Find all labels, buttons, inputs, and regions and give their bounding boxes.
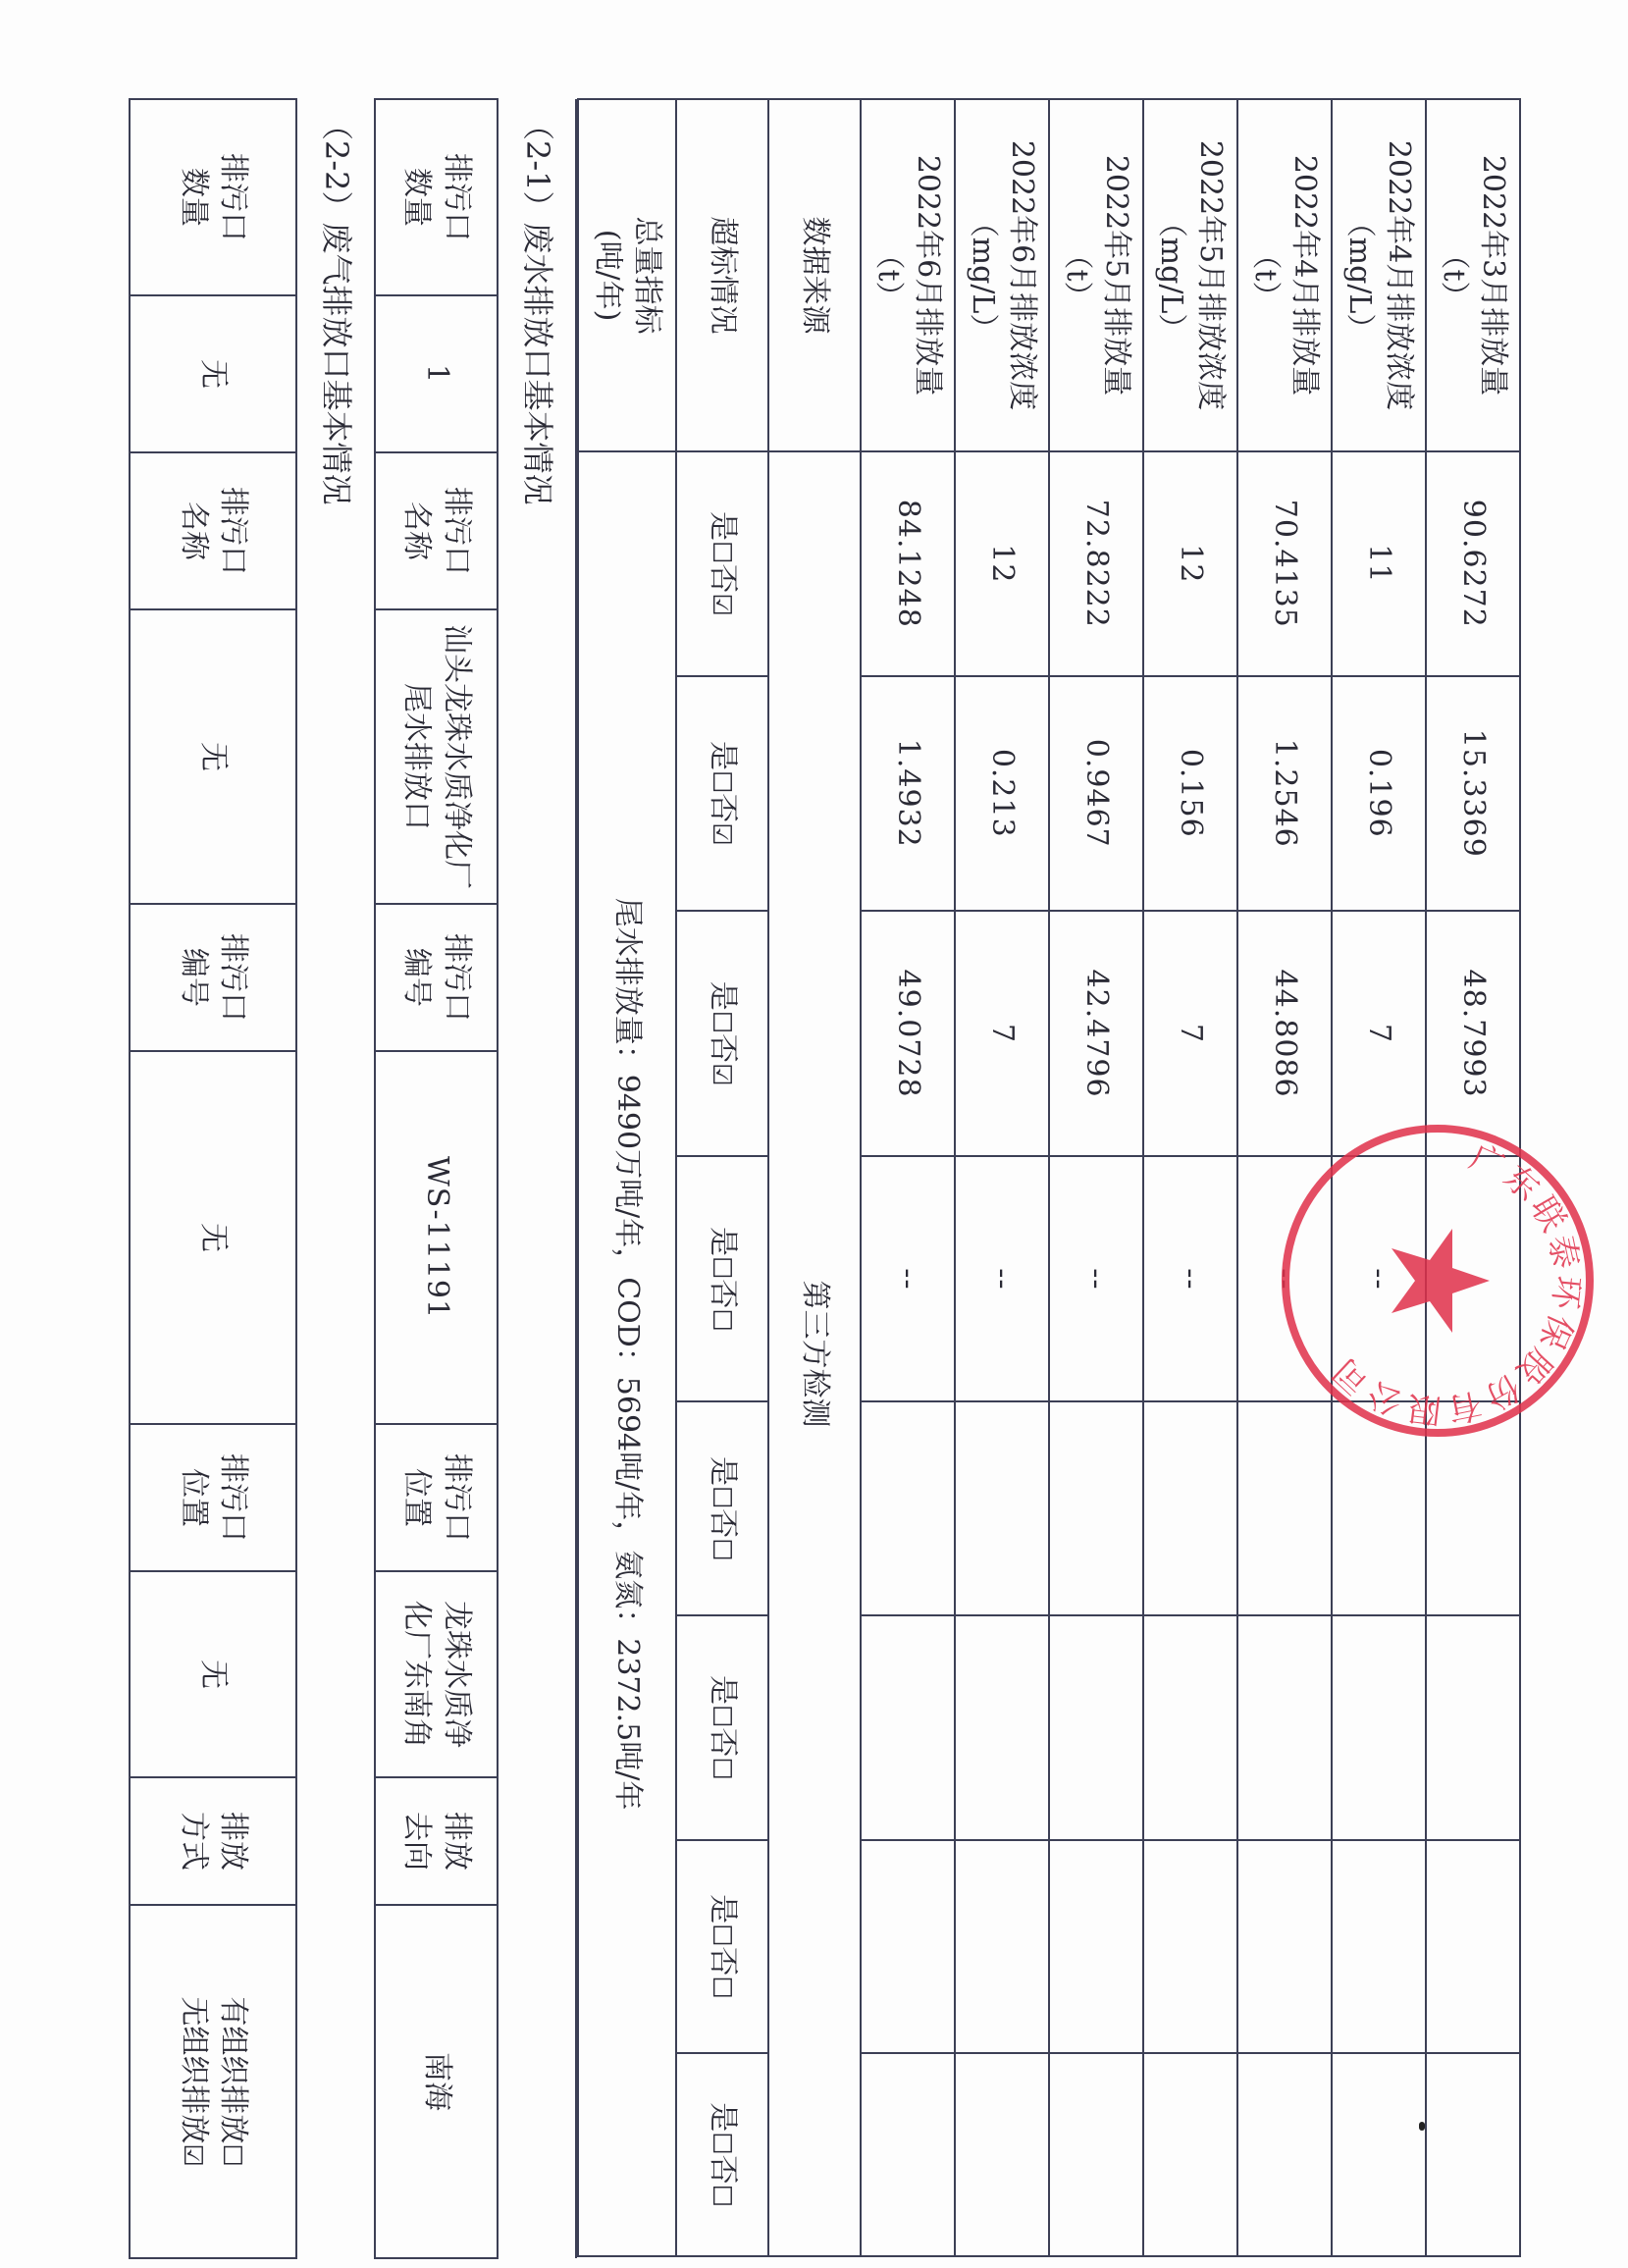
- value-cell: [1426, 1401, 1520, 1615]
- value-cell: --: [955, 1156, 1049, 1401]
- row-label: 2022年5月排放浓度 （mg/L）: [1143, 99, 1237, 451]
- value-cell: [1426, 1615, 1520, 1840]
- value-cell: 1.4932: [861, 676, 955, 911]
- monthly-row: 2022年6月排放浓度 （mg/L）120.2137--: [955, 99, 1049, 2256]
- method-option: 无组织排放☑: [174, 1912, 214, 2251]
- ww-code-label: 排污口 编号: [375, 904, 498, 1051]
- document-sheet: 2022年3月排放量 （t）90.627215.336948.79932022年…: [59, 98, 1521, 2257]
- value-cell: 90.6272: [1426, 451, 1520, 676]
- value-cell: 70.4135: [1237, 451, 1332, 676]
- ex-method-options: 有组织排放☐无组织排放☑: [130, 1905, 296, 2258]
- no-checkbox[interactable]: ☐: [707, 1538, 736, 1560]
- value-cell: [1143, 1401, 1237, 1615]
- ww-destination-label: 排放 去向: [375, 1777, 498, 1905]
- value-cell: 7: [1332, 911, 1426, 1156]
- ex-count-label: 排污口 数量: [130, 99, 296, 295]
- no-label: 否: [706, 1279, 740, 1308]
- yes-checkbox[interactable]: ☐: [707, 770, 736, 793]
- ex-code-label: 排污口 编号: [130, 904, 296, 1051]
- value-cell: 72.8222: [1049, 451, 1143, 676]
- value-cell: [1143, 1615, 1237, 1840]
- no-label: 否: [706, 563, 740, 593]
- ww-count-label: 排污口 数量: [375, 99, 498, 295]
- row-label: 2022年4月排放浓度 （mg/L）: [1332, 99, 1426, 451]
- emission-table: 2022年3月排放量 （t）90.627215.336948.79932022年…: [577, 98, 1521, 2257]
- exceedance-choice: 是☐否☐: [676, 1615, 768, 1840]
- value-cell: 7: [955, 911, 1049, 1156]
- value-cell: [1332, 1840, 1426, 2054]
- ww-name-label: 排污口 名称: [375, 452, 498, 609]
- no-label: 否: [706, 1508, 740, 1538]
- ww-location-value: 龙珠水质净 化厂东南角: [375, 1571, 498, 1777]
- yes-label: 是: [706, 511, 740, 541]
- no-checkbox[interactable]: ☑: [707, 1063, 736, 1085]
- value-cell: --: [1237, 1156, 1332, 1401]
- value-cell: 0.156: [1143, 676, 1237, 911]
- value-cell: 0.9467: [1049, 676, 1143, 911]
- value-cell: [861, 2053, 955, 2256]
- value-cell: 48.7993: [1426, 911, 1520, 1156]
- value-cell: --: [861, 1156, 955, 1401]
- row-label: 2022年6月排放量 （t）: [861, 99, 955, 451]
- yes-label: 是: [706, 1894, 740, 1924]
- yes-label: 是: [706, 1227, 740, 1256]
- value-cell: 0.213: [955, 676, 1049, 911]
- exceedance-choice: 是☐否☐: [676, 1156, 768, 1401]
- value-cell: --: [1049, 1156, 1143, 1401]
- no-label: 否: [706, 1946, 740, 1976]
- value-cell: [1049, 1615, 1143, 1840]
- exhaust-outlet-row: 排污口 数量 无 排污口 名称 无 排污口 编号 无 排污口 位置 无 排放 方…: [130, 99, 296, 2258]
- value-cell: --: [1143, 1156, 1237, 1401]
- value-cell: [1049, 2053, 1143, 2256]
- yes-checkbox[interactable]: ☐: [707, 1924, 736, 1946]
- ww-location-label: 排污口 位置: [375, 1424, 498, 1571]
- monthly-row: 2022年4月排放量 （t）70.41351.254644.8086--: [1237, 99, 1332, 2256]
- no-label: 否: [706, 2155, 740, 2185]
- ex-method-label: 排放 方式: [130, 1777, 296, 1905]
- value-cell: [1332, 1615, 1426, 1840]
- data-source-value: 第三方检测: [768, 451, 861, 2256]
- value-cell: 84.1248: [861, 451, 955, 676]
- value-cell: 42.4796: [1049, 911, 1143, 1156]
- exhaust-section-title: （2-2）废气排放口基本情况: [296, 99, 375, 2258]
- yes-label: 是: [706, 741, 740, 770]
- no-checkbox[interactable]: ☐: [707, 1757, 736, 1779]
- row-label: 2022年6月排放浓度 （mg/L）: [955, 99, 1049, 451]
- value-cell: 0.196: [1332, 676, 1426, 911]
- value-cell: 11: [1332, 451, 1426, 676]
- row-label: 2022年4月排放量 （t）: [1237, 99, 1332, 451]
- no-label: 否: [706, 793, 740, 822]
- value-cell: [1426, 2053, 1520, 2256]
- no-label: 否: [706, 1033, 740, 1063]
- value-cell: [861, 1615, 955, 1840]
- method-option-label: 无组织排放: [177, 1996, 211, 2143]
- wastewater-outlet-row: 排污口 数量 1 排污口 名称 汕头龙珠水质净化厂 尾水排放口 排污口 编号 W…: [375, 99, 498, 2258]
- no-checkbox[interactable]: ☐: [707, 1976, 736, 1998]
- scan-speck: [1419, 2122, 1425, 2131]
- no-label: 否: [706, 1727, 740, 1757]
- data-source-row: 数据来源第三方检测: [768, 99, 861, 2256]
- ww-count-value: 1: [375, 295, 498, 452]
- monthly-row: 2022年5月排放量 （t）72.82220.946742.4796--: [1049, 99, 1143, 2256]
- value-cell: [1237, 1401, 1332, 1615]
- value-cell: [1237, 2053, 1332, 2256]
- method-checkbox[interactable]: ☐: [218, 2143, 247, 2166]
- yes-checkbox[interactable]: ☐: [707, 1705, 736, 1727]
- value-cell: 15.3369: [1426, 676, 1520, 911]
- total-quota-label: 总量指标 (吨/年): [578, 99, 676, 451]
- value-cell: [1332, 1401, 1426, 1615]
- monthly-row: 2022年3月排放量 （t）90.627215.336948.7993: [1426, 99, 1520, 2256]
- value-cell: [955, 2053, 1049, 2256]
- exceedance-choice: 是☐否☐: [676, 1401, 768, 1615]
- yes-checkbox[interactable]: ☐: [707, 1486, 736, 1508]
- value-cell: [1237, 1615, 1332, 1840]
- monthly-row: 2022年5月排放浓度 （mg/L）120.1567--: [1143, 99, 1237, 2256]
- value-cell: [1049, 1840, 1143, 2054]
- value-cell: --: [1332, 1156, 1426, 1401]
- no-checkbox[interactable]: ☑: [707, 822, 736, 845]
- exceedance-choice: 是☐否☐: [676, 2053, 768, 2256]
- yes-label: 是: [706, 1675, 740, 1705]
- value-cell: [1049, 1401, 1143, 1615]
- ex-code-value: 无: [130, 1051, 296, 1424]
- exceedance-choice: 是☐否☐: [676, 1840, 768, 2054]
- exceedance-choice: 是☐否☑: [676, 911, 768, 1156]
- row-label: 2022年5月排放量 （t）: [1049, 99, 1143, 451]
- yes-checkbox[interactable]: ☐: [707, 2132, 736, 2154]
- no-checkbox[interactable]: ☑: [707, 593, 736, 615]
- total-quota-row: 总量指标 (吨/年)尾水排放量：9490万吨/年，COD：5694吨/年，氨氮：…: [578, 99, 676, 2256]
- monthly-rows: 2022年3月排放量 （t）90.627215.336948.79932022年…: [578, 99, 1520, 2256]
- value-cell: 12: [1143, 451, 1237, 676]
- ww-name-value: 汕头龙珠水质净化厂 尾水排放口: [375, 609, 498, 904]
- ex-location-label: 排污口 位置: [130, 1424, 296, 1571]
- exceedance-choice: 是☐否☑: [676, 676, 768, 911]
- value-cell: 44.8086: [1237, 911, 1332, 1156]
- yes-checkbox[interactable]: ☐: [707, 541, 736, 563]
- method-option: 有组织排放☐: [213, 1912, 253, 2251]
- value-cell: [1332, 2053, 1426, 2256]
- exceedance-label: 超标情况: [676, 99, 768, 451]
- value-cell: [1426, 1840, 1520, 2054]
- ex-location-value: 无: [130, 1571, 296, 1777]
- monthly-row: 2022年4月排放浓度 （mg/L）110.1967--: [1332, 99, 1426, 2256]
- no-checkbox[interactable]: ☐: [707, 1308, 736, 1331]
- value-cell: [1237, 1840, 1332, 2054]
- value-cell: [955, 1401, 1049, 1615]
- value-cell: 49.0728: [861, 911, 955, 1156]
- data-source-label: 数据来源: [768, 99, 861, 451]
- method-checkbox[interactable]: ☑: [178, 2143, 207, 2166]
- row-label: 2022年3月排放量 （t）: [1426, 99, 1520, 451]
- outlet-table: （2-1）废水排放口基本情况 排污口 数量 1 排污口 名称 汕头龙珠水质净化厂…: [129, 98, 577, 2259]
- value-cell: [1426, 1156, 1520, 1401]
- exceedance-choice: 是☐否☑: [676, 451, 768, 676]
- yes-label: 是: [706, 981, 740, 1011]
- ex-name-label: 排污口 名称: [130, 452, 296, 609]
- no-checkbox[interactable]: ☐: [707, 2185, 736, 2207]
- monthly-row: 2022年6月排放量 （t）84.12481.493249.0728--: [861, 99, 955, 2256]
- yes-label: 是: [706, 2102, 740, 2132]
- value-cell: [955, 1840, 1049, 2054]
- value-cell: 12: [955, 451, 1049, 676]
- total-quota-value: 尾水排放量：9490万吨/年，COD：5694吨/年，氨氮：2372.5吨/年: [578, 451, 676, 2256]
- exceedance-row: 超标情况是☐否☑是☐否☑是☐否☑是☐否☐是☐否☐是☐否☐是☐否☐是☐否☐: [676, 99, 768, 2256]
- wastewater-section-title: （2-1）废水排放口基本情况: [498, 99, 576, 2258]
- value-cell: 1.2546: [1237, 676, 1332, 911]
- yes-checkbox[interactable]: ☐: [707, 1011, 736, 1033]
- yes-label: 是: [706, 1456, 740, 1486]
- ww-destination-value: 南海: [375, 1905, 498, 2258]
- method-option-label: 有组织排放: [217, 1996, 251, 2143]
- value-cell: [1143, 1840, 1237, 2054]
- yes-checkbox[interactable]: ☐: [707, 1256, 736, 1279]
- value-cell: [955, 1615, 1049, 1840]
- value-cell: 7: [1143, 911, 1237, 1156]
- value-cell: [861, 1401, 955, 1615]
- ww-code-value: WS-11191: [375, 1051, 498, 1424]
- value-cell: [861, 1840, 955, 2054]
- ex-name-value: 无: [130, 609, 296, 904]
- ex-count-value: 无: [130, 295, 296, 452]
- value-cell: [1143, 2053, 1237, 2256]
